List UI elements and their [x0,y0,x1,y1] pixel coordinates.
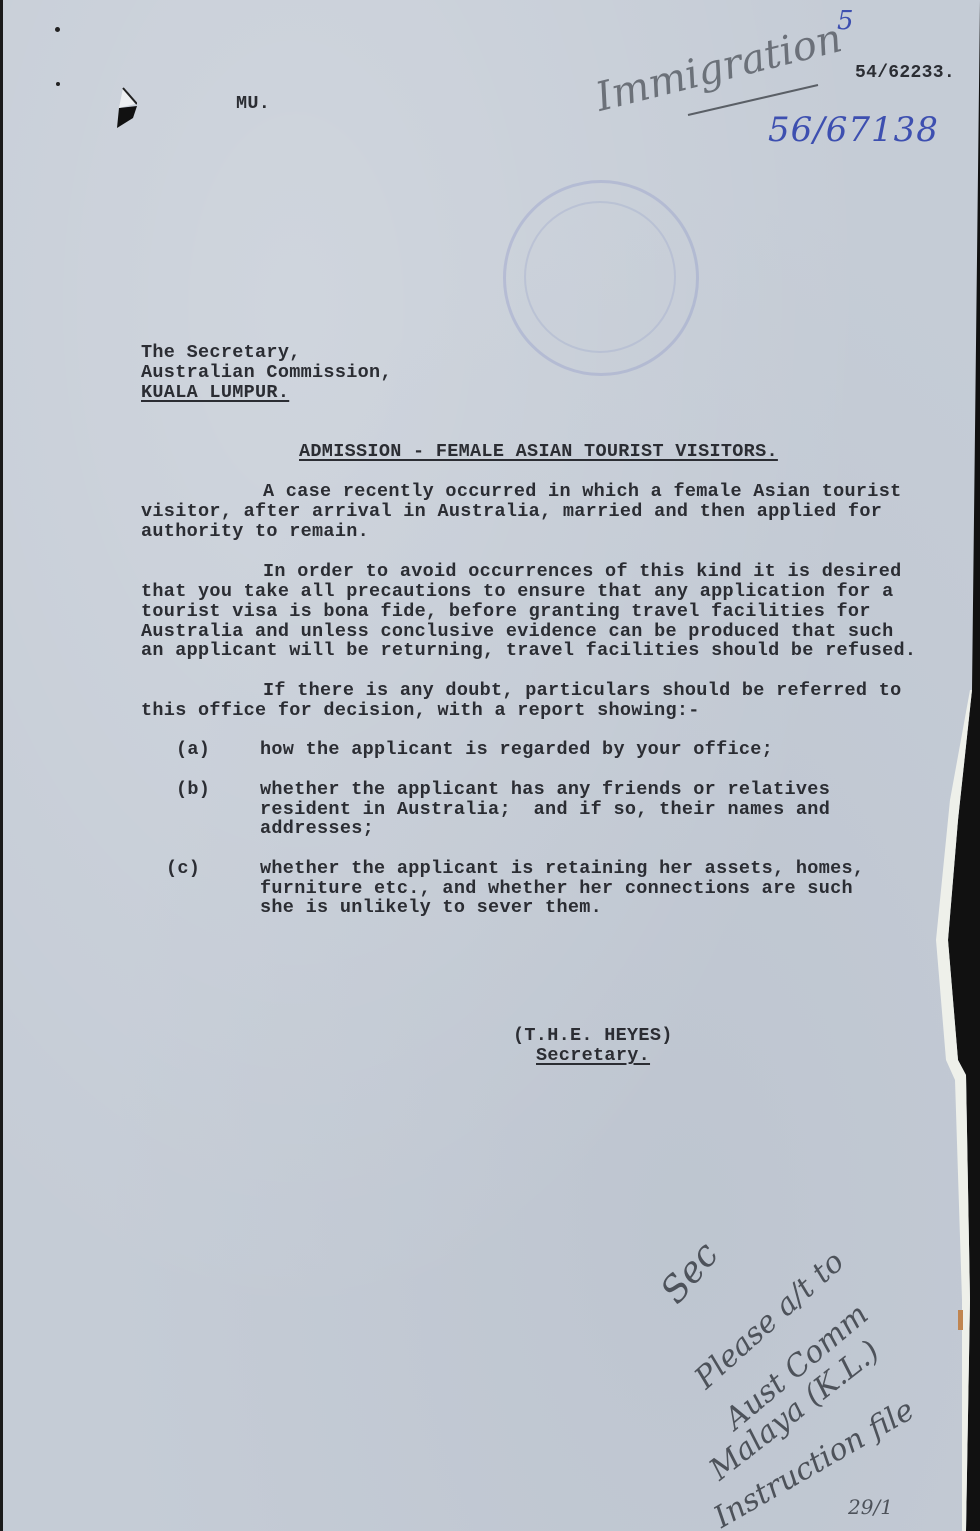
paragraph-2-line: an applicant will be returning, travel f… [141,641,916,661]
speck [55,27,60,32]
list-item-label-a: (a) [176,740,210,760]
paragraph-1-line: A case recently occurred in which a fema… [263,482,902,502]
signatory-title: Secretary. [536,1046,650,1066]
annotation-date: 29/1 [848,1495,893,1519]
subject-heading: ADMISSION - FEMALE ASIAN TOURIST VISITOR… [299,442,778,462]
paragraph-2-line: tourist visa is bona fide, before granti… [141,602,871,622]
paragraph-2-line: that you take all precautions to ensure … [141,582,894,602]
torn-page-edge [900,0,980,1531]
paragraph-1-line: authority to remain. [141,522,369,542]
folio-number: 5 [837,6,854,36]
list-item-a-text: how the applicant is regarded by your of… [260,740,773,760]
list-item-b-text: whether the applicant has any friends or… [260,780,830,800]
paragraph-3-line: If there is any doubt, particulars shoul… [263,681,902,701]
list-item-c-text: furniture etc., and whether her connecti… [260,879,853,899]
paragraph-3-line: this office for decision, with a report … [141,701,700,721]
list-item-c-text: whether the applicant is retaining her a… [260,859,864,879]
speck [56,82,60,86]
signatory-name: (T.H.E. HEYES) [513,1026,673,1046]
addressee-line1: The Secretary, [141,343,301,363]
marker-code: MU. [236,94,270,114]
annotation-line: Sec [653,1234,727,1311]
punch-hole-icon [113,82,137,130]
paragraph-2-line: In order to avoid occurrences of this ki… [263,562,902,582]
paragraph-2-line: Australia and unless conclusive evidence… [141,622,894,642]
list-item-b-text: resident in Australia; and if so, their … [260,800,830,820]
list-item-label-c: (c) [166,859,200,879]
list-item-b-text: addresses; [260,819,374,839]
paragraph-1-line: visitor, after arrival in Australia, mar… [141,502,882,522]
faded-stamp [503,180,699,376]
addressee-line3: KUALA LUMPUR. [141,383,289,403]
list-item-c-text: she is unlikely to sever them. [260,898,602,918]
addressee-line2: Australian Commission, [141,363,392,383]
document-page: MU. Immigration 5 54/62233. 56/67138 The… [3,0,980,1531]
list-item-label-b: (b) [176,780,210,800]
